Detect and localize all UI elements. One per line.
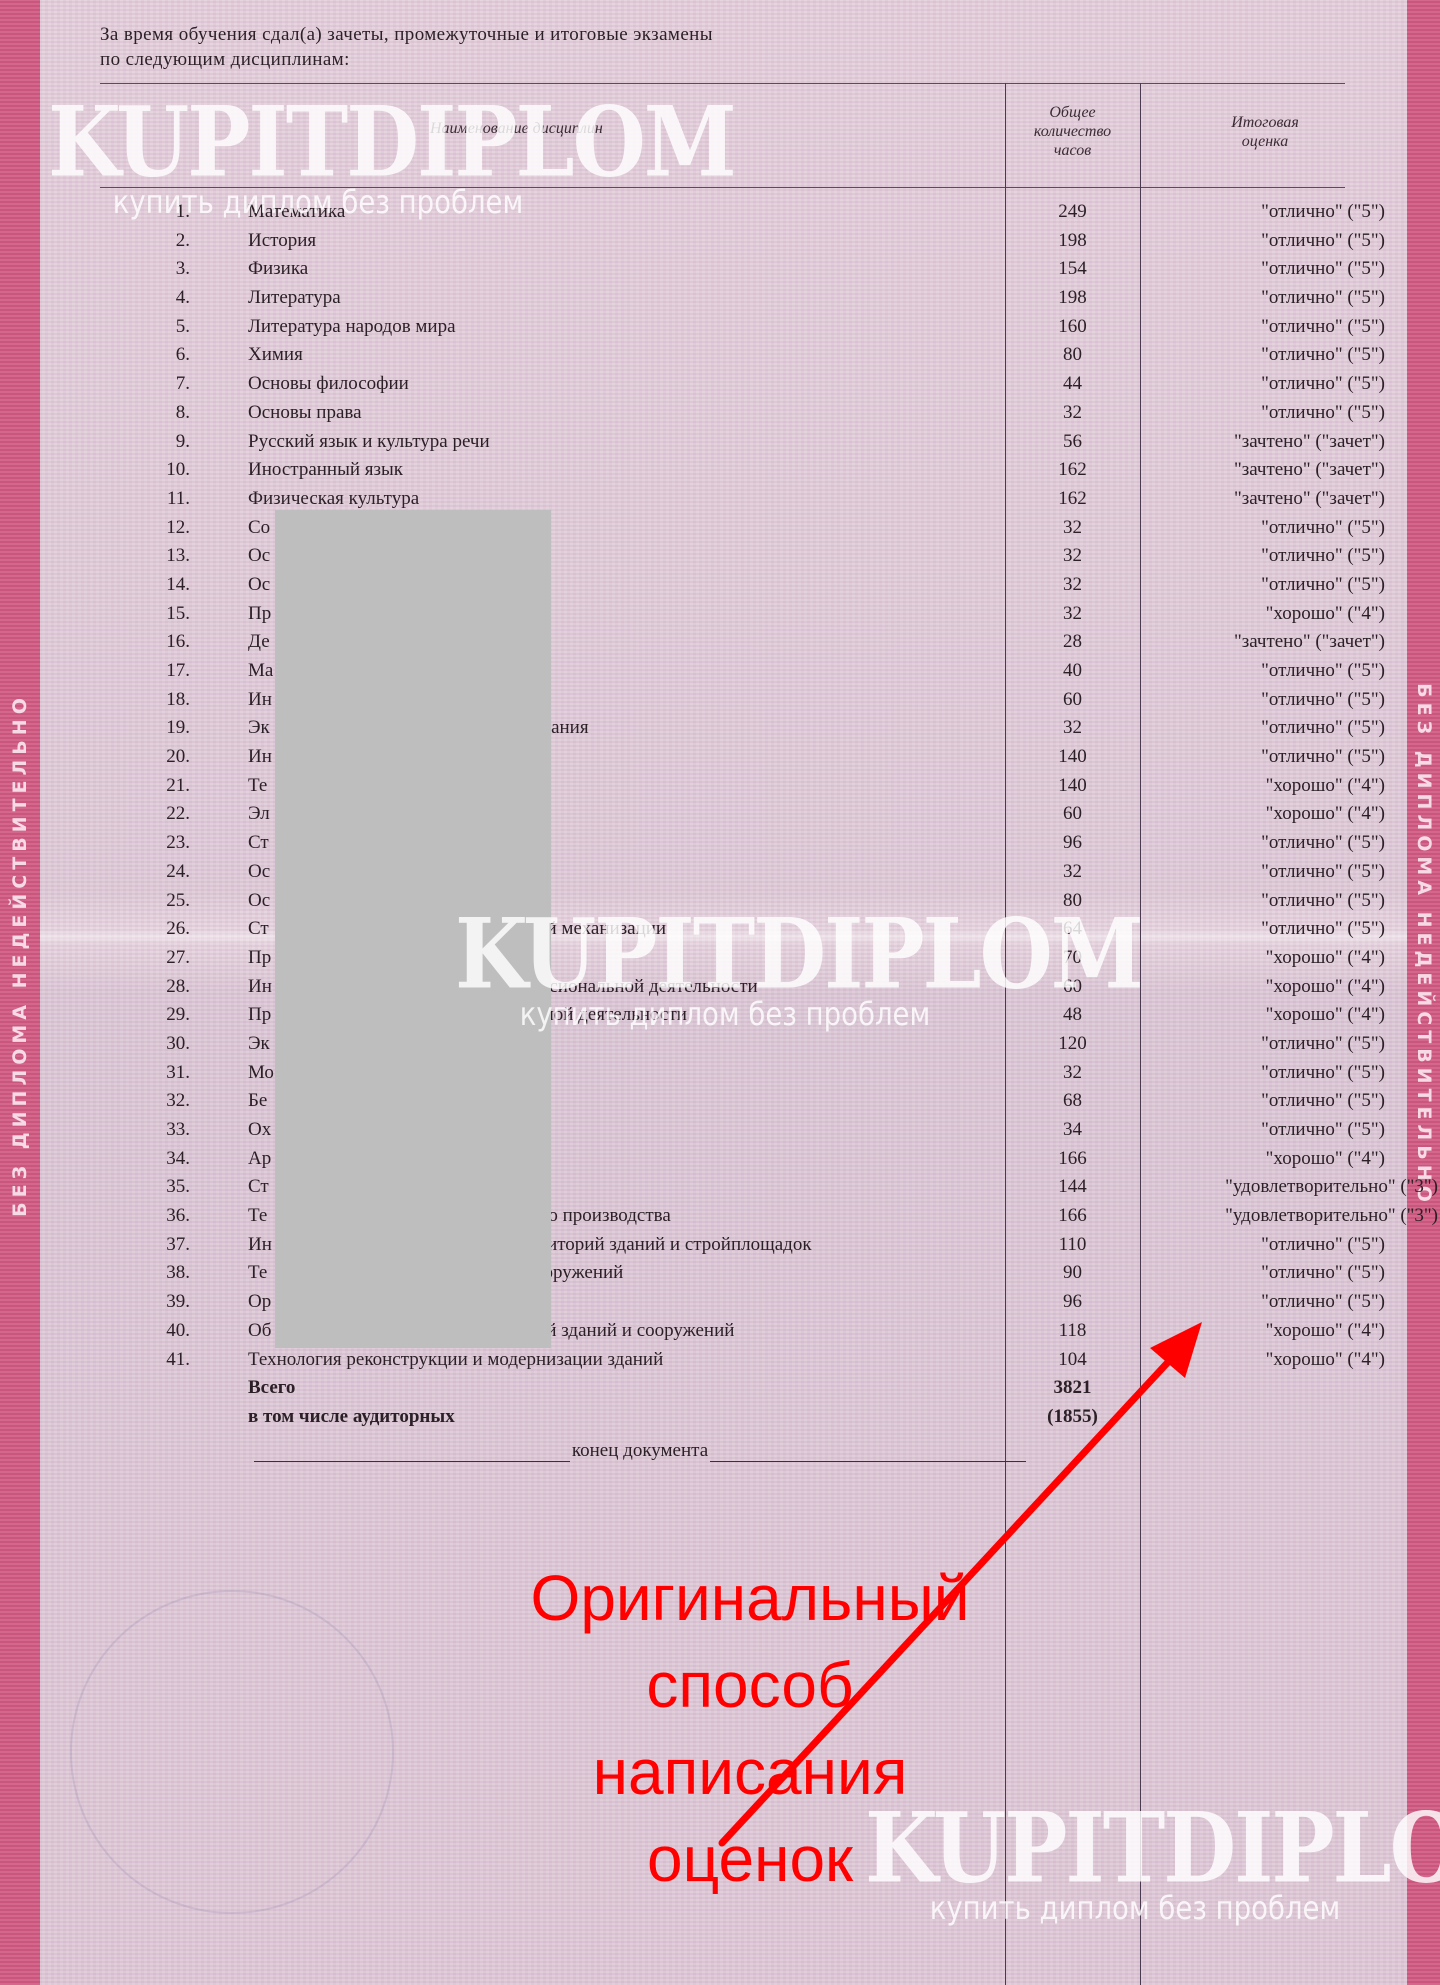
disciplines-table: 1.Математика249"отлично" ("5")2.История1…	[0, 198, 1440, 1432]
row-number: 9.	[150, 428, 190, 456]
table-row: 41.Технология реконструкции и модернизац…	[0, 1346, 1440, 1375]
table-row: 13.Ос32"отлично" ("5")	[0, 542, 1440, 571]
discipline-name: Основы права	[248, 399, 362, 427]
table-row: 35.Ст144"удовлетворительно" ("3")	[0, 1173, 1440, 1202]
discipline-hours: 32	[1010, 514, 1135, 542]
table-row: 28.Ин и в профессиональной деятельности6…	[0, 973, 1440, 1002]
annotation-line-2: способ	[470, 1642, 1030, 1729]
column-header-name: Наименование дисциплин	[430, 119, 603, 138]
table-row: 22.Эл ка60"хорошо" ("4")	[0, 800, 1440, 829]
table-row: 31.Мо32"отлично" ("5")	[0, 1059, 1440, 1088]
table-row: 25.Ос80"отлично" ("5")	[0, 887, 1440, 916]
row-number: 18.	[150, 686, 190, 714]
discipline-hours: 56	[1010, 428, 1135, 456]
classroom-hours-row-label: в том числе аудиторных	[248, 1403, 455, 1431]
row-number: 30.	[150, 1030, 190, 1058]
discipline-grade: "отлично" ("5")	[1145, 1231, 1385, 1259]
discipline-name: Русский язык и культура речи	[248, 428, 490, 456]
intro-line-2: по следующим дисциплинам:	[100, 47, 713, 72]
discipline-name: Ин	[248, 743, 272, 771]
discipline-hours: 160	[1010, 313, 1135, 341]
discipline-grade: "удовлетворительно" ("3")	[1100, 1202, 1438, 1230]
discipline-grade: "отлично" ("5")	[1145, 858, 1385, 886]
table-row: 9.Русский язык и культура речи56"зачтено…	[0, 428, 1440, 457]
discipline-grade: "отлично" ("5")	[1145, 1288, 1385, 1316]
discipline-hours: 28	[1010, 628, 1135, 656]
row-number: 13.	[150, 542, 190, 570]
discipline-name: Литература народов мира	[248, 313, 456, 341]
annotation-line-3: написания	[470, 1729, 1030, 1816]
table-row: 7.Основы философии44"отлично" ("5")	[0, 370, 1440, 399]
classroom-hours-row-hours: (1855)	[1010, 1403, 1135, 1431]
discipline-grade: "отлично" ("5")	[1145, 1087, 1385, 1115]
discipline-hours: 80	[1010, 887, 1135, 915]
row-number: 5.	[150, 313, 190, 341]
table-row: 29.Пр ессиональной деятельности48"хорошо…	[0, 1001, 1440, 1030]
row-number: 1.	[150, 198, 190, 226]
discipline-grade: "хорошо" ("4")	[1145, 973, 1385, 1001]
row-number: 12.	[150, 514, 190, 542]
table-row: 27.Пр70"хорошо" ("4")	[0, 944, 1440, 973]
discipline-name: Иностранный язык	[248, 456, 403, 484]
discipline-hours: 32	[1010, 542, 1135, 570]
discipline-grade: "отлично" ("5")	[1145, 829, 1385, 857]
table-row: 4.Литература198"отлично" ("5")	[0, 284, 1440, 313]
discipline-hours: 249	[1010, 198, 1135, 226]
table-row: 34.Ар166"хорошо" ("4")	[0, 1145, 1440, 1174]
discipline-hours: 166	[1010, 1145, 1135, 1173]
hours-header-line-1: Общее	[1005, 103, 1140, 122]
table-row: 21.Те140"хорошо" ("4")	[0, 772, 1440, 801]
row-number: 7.	[150, 370, 190, 398]
grade-header-line-1: Итоговая	[1145, 113, 1385, 132]
hours-header-line-2: количество	[1005, 122, 1140, 141]
discipline-grade: "удовлетворительно" ("3")	[1100, 1173, 1438, 1201]
row-number: 10.	[150, 456, 190, 484]
hours-header-line-3: часов	[1005, 141, 1140, 160]
grade-header-line-2: оценка	[1145, 132, 1385, 151]
discipline-hours: 154	[1010, 255, 1135, 283]
total-row-label: Всего	[248, 1374, 295, 1402]
end-of-document: конец документа	[254, 1440, 1026, 1462]
row-number: 6.	[150, 341, 190, 369]
discipline-hours: 32	[1010, 571, 1135, 599]
discipline-grade: "отлично" ("5")	[1145, 542, 1385, 570]
discipline-name: Ин	[248, 686, 272, 714]
discipline-hours: 140	[1010, 772, 1135, 800]
annotation-text: Оригинальный способ написания оценок	[470, 1555, 1030, 1903]
discipline-grade: "отлично" ("5")	[1145, 399, 1385, 427]
table-top-rule	[100, 83, 1345, 84]
discipline-name: История	[248, 227, 316, 255]
table-row: 37.Ин зание территорий зданий и стройпло…	[0, 1231, 1440, 1260]
row-number: 27.	[150, 944, 190, 972]
column-header-grade: Итоговая оценка	[1145, 113, 1385, 151]
row-number: 35.	[150, 1173, 190, 1201]
discipline-grade: "отлично" ("5")	[1145, 686, 1385, 714]
row-number: 34.	[150, 1145, 190, 1173]
discipline-grade: "хорошо" ("4")	[1145, 1346, 1385, 1374]
row-number: 14.	[150, 571, 190, 599]
table-row: 39.Ор ния зданий96"отлично" ("5")	[0, 1288, 1440, 1317]
end-rule-left	[254, 1441, 570, 1462]
discipline-hours: 44	[1010, 370, 1135, 398]
discipline-name: Ос	[248, 887, 270, 915]
row-number: 4.	[150, 284, 190, 312]
row-number: 29.	[150, 1001, 190, 1029]
row-number: 28.	[150, 973, 190, 1001]
row-number: 20.	[150, 743, 190, 771]
row-number: 24.	[150, 858, 190, 886]
discipline-hours: 198	[1010, 284, 1135, 312]
row-number: 31.	[150, 1059, 190, 1087]
discipline-hours: 140	[1010, 743, 1135, 771]
table-row: 33.Ох34"отлично" ("5")	[0, 1116, 1440, 1145]
row-number: 2.	[150, 227, 190, 255]
discipline-hours: 120	[1010, 1030, 1135, 1058]
discipline-grade: "отлично" ("5")	[1145, 227, 1385, 255]
discipline-name: Те	[248, 772, 267, 800]
discipline-name: Математика	[248, 198, 345, 226]
intro-line-1: За время обучения сдал(а) зачеты, промеж…	[100, 22, 713, 47]
table-row: 5.Литература народов мира160"отлично" ("…	[0, 313, 1440, 342]
table-row: 1.Математика249"отлично" ("5")	[0, 198, 1440, 227]
discipline-name: Ох	[248, 1116, 271, 1144]
discipline-hours: 198	[1010, 227, 1135, 255]
row-number: 17.	[150, 657, 190, 685]
discipline-grade: "отлично" ("5")	[1145, 284, 1385, 312]
end-rule-right	[710, 1441, 1026, 1462]
discipline-grade: "отлично" ("5")	[1145, 1059, 1385, 1087]
discipline-grade: "отлично" ("5")	[1145, 514, 1385, 542]
row-number: 33.	[150, 1116, 190, 1144]
row-number: 11.	[150, 485, 190, 513]
discipline-grade: "отлично" ("5")	[1145, 198, 1385, 226]
discipline-name: Физическая культура	[248, 485, 419, 513]
row-number: 26.	[150, 915, 190, 943]
table-row: 3.Физика154"отлично" ("5")	[0, 255, 1440, 284]
discipline-name: Ма	[248, 657, 273, 685]
table-row: 20.Ин140"отлично" ("5")	[0, 743, 1440, 772]
discipline-hours: 162	[1010, 485, 1135, 513]
discipline-grade: "хорошо" ("4")	[1145, 800, 1385, 828]
discipline-grade: "хорошо" ("4")	[1145, 1145, 1385, 1173]
discipline-grade: "отлично" ("5")	[1145, 341, 1385, 369]
table-row: 18.Ин60"отлично" ("5")	[0, 686, 1440, 715]
discipline-grade: "хорошо" ("4")	[1145, 1001, 1385, 1029]
discipline-name: Эк	[248, 1030, 270, 1058]
discipline-name: Де	[248, 628, 270, 656]
discipline-hours: 96	[1010, 1288, 1135, 1316]
discipline-grade: "отлично" ("5")	[1145, 714, 1385, 742]
discipline-name: Физика	[248, 255, 308, 283]
table-row: 2.История198"отлично" ("5")	[0, 227, 1440, 256]
discipline-name: Технология реконструкции и модернизации …	[248, 1346, 663, 1374]
row-number: 3.	[150, 255, 190, 283]
table-row: 38.Те даний и сооружений90"отлично" ("5"…	[0, 1259, 1440, 1288]
row-number: 19.	[150, 714, 190, 742]
table-row: 40.Об онструкций зданий и сооружений118"…	[0, 1317, 1440, 1346]
row-number: 32.	[150, 1087, 190, 1115]
discipline-hours: 70	[1010, 944, 1135, 972]
discipline-hours: 64	[1010, 915, 1135, 943]
table-row: 30.Эк120"отлично" ("5")	[0, 1030, 1440, 1059]
table-row: 10.Иностранный язык162"зачтено" ("зачет"…	[0, 456, 1440, 485]
table-header-rule	[100, 187, 1345, 188]
row-number: 38.	[150, 1259, 190, 1287]
discipline-grade: "зачтено" ("зачет")	[1145, 628, 1385, 656]
discipline-grade: "отлично" ("5")	[1145, 1259, 1385, 1287]
table-row: 36.Те роительного производства166"удовле…	[0, 1202, 1440, 1231]
table-row: 15.Пр32"хорошо" ("4")	[0, 600, 1440, 629]
row-number: 21.	[150, 772, 190, 800]
table-row: 8.Основы права32"отлично" ("5")	[0, 399, 1440, 428]
table-row: 6.Химия80"отлично" ("5")	[0, 341, 1440, 370]
faded-stamp	[70, 1590, 394, 1914]
discipline-grade: "зачтено" ("зачет")	[1145, 428, 1385, 456]
discipline-grade: "отлично" ("5")	[1145, 255, 1385, 283]
row-number: 41.	[150, 1346, 190, 1374]
discipline-grade: "хорошо" ("4")	[1145, 600, 1385, 628]
discipline-grade: "хорошо" ("4")	[1145, 772, 1385, 800]
table-row: 11.Физическая культура162"зачтено" ("зач…	[0, 485, 1440, 514]
discipline-hours: 32	[1010, 399, 1135, 427]
discipline-hours: 48	[1010, 1001, 1135, 1029]
discipline-name: Пр	[248, 944, 271, 972]
discipline-name: Со	[248, 514, 270, 542]
table-row: 16.Де28"зачтено" ("зачет")	[0, 628, 1440, 657]
total-row: Всего3821	[0, 1374, 1440, 1403]
row-number: 15.	[150, 600, 190, 628]
row-number: 8.	[150, 399, 190, 427]
row-number: 40.	[150, 1317, 190, 1345]
row-number: 37.	[150, 1231, 190, 1259]
discipline-grade: "хорошо" ("4")	[1145, 1317, 1385, 1345]
discipline-grade: "отлично" ("5")	[1145, 1116, 1385, 1144]
table-row: 23.Ст зделия96"отлично" ("5")	[0, 829, 1440, 858]
classroom-hours-row: в том числе аудиторных(1855)	[0, 1403, 1440, 1432]
row-number: 25.	[150, 887, 190, 915]
annotation-line-1: Оригинальный	[470, 1555, 1030, 1642]
table-row: 12.Со32"отлично" ("5")	[0, 514, 1440, 543]
table-row: 32.Бе ости68"отлично" ("5")	[0, 1087, 1440, 1116]
discipline-name: Ст	[248, 1173, 269, 1201]
discipline-grade: "отлично" ("5")	[1145, 657, 1385, 685]
discipline-hours: 32	[1010, 858, 1135, 886]
redaction-block	[275, 510, 551, 1348]
discipline-hours: 32	[1010, 714, 1135, 742]
discipline-hours: 34	[1010, 1116, 1135, 1144]
discipline-grade: "отлично" ("5")	[1145, 743, 1385, 771]
discipline-hours: 90	[1010, 1259, 1135, 1287]
discipline-grade: "отлично" ("5")	[1145, 571, 1385, 599]
table-row: 17.Ма40"отлично" ("5")	[0, 657, 1440, 686]
annotation-line-4: оценок	[470, 1816, 1030, 1903]
column-header-hours: Общее количество часов	[1005, 103, 1140, 160]
discipline-hours: 32	[1010, 1059, 1135, 1087]
end-of-document-text: конец документа	[570, 1440, 710, 1462]
discipline-name: Основы философии	[248, 370, 409, 398]
discipline-hours: 110	[1010, 1231, 1135, 1259]
table-row: 26.Ст дства малой механизации64"отлично"…	[0, 915, 1440, 944]
discipline-name: Литература	[248, 284, 341, 312]
discipline-name: Ар	[248, 1145, 271, 1173]
row-number: 16.	[150, 628, 190, 656]
discipline-grade: "зачтено" ("зачет")	[1145, 456, 1385, 484]
discipline-grade: "отлично" ("5")	[1145, 370, 1385, 398]
row-number: 22.	[150, 800, 190, 828]
row-number: 23.	[150, 829, 190, 857]
table-row: 24.Ос и32"отлично" ("5")	[0, 858, 1440, 887]
discipline-hours: 104	[1010, 1346, 1135, 1374]
watermark-brand: KUPITDIPLOM	[48, 94, 588, 191]
discipline-hours: 162	[1010, 456, 1135, 484]
discipline-grade: "отлично" ("5")	[1145, 313, 1385, 341]
intro-text: За время обучения сдал(а) зачеты, промеж…	[100, 22, 713, 72]
row-number: 36.	[150, 1202, 190, 1230]
table-row: 19.Эк одопользования32"отлично" ("5")	[0, 714, 1440, 743]
discipline-grade: "хорошо" ("4")	[1145, 944, 1385, 972]
discipline-grade: "отлично" ("5")	[1145, 915, 1385, 943]
discipline-grade: "зачтено" ("зачет")	[1145, 485, 1385, 513]
discipline-name: Мо	[248, 1059, 274, 1087]
discipline-hours: 96	[1010, 829, 1135, 857]
discipline-hours: 80	[1010, 341, 1135, 369]
row-number: 39.	[150, 1288, 190, 1316]
discipline-name: Ос	[248, 542, 270, 570]
discipline-hours: 40	[1010, 657, 1135, 685]
discipline-hours: 60	[1010, 686, 1135, 714]
discipline-grade: "отлично" ("5")	[1145, 1030, 1385, 1058]
discipline-hours: 60	[1010, 800, 1135, 828]
discipline-grade: "отлично" ("5")	[1145, 887, 1385, 915]
discipline-hours: 32	[1010, 600, 1135, 628]
discipline-hours: 60	[1010, 973, 1135, 1001]
discipline-name: Химия	[248, 341, 303, 369]
discipline-hours: 118	[1010, 1317, 1135, 1345]
discipline-name: Пр	[248, 600, 271, 628]
discipline-hours: 68	[1010, 1087, 1135, 1115]
table-row: 14.Ос ологии32"отлично" ("5")	[0, 571, 1440, 600]
total-row-hours: 3821	[1010, 1374, 1135, 1402]
